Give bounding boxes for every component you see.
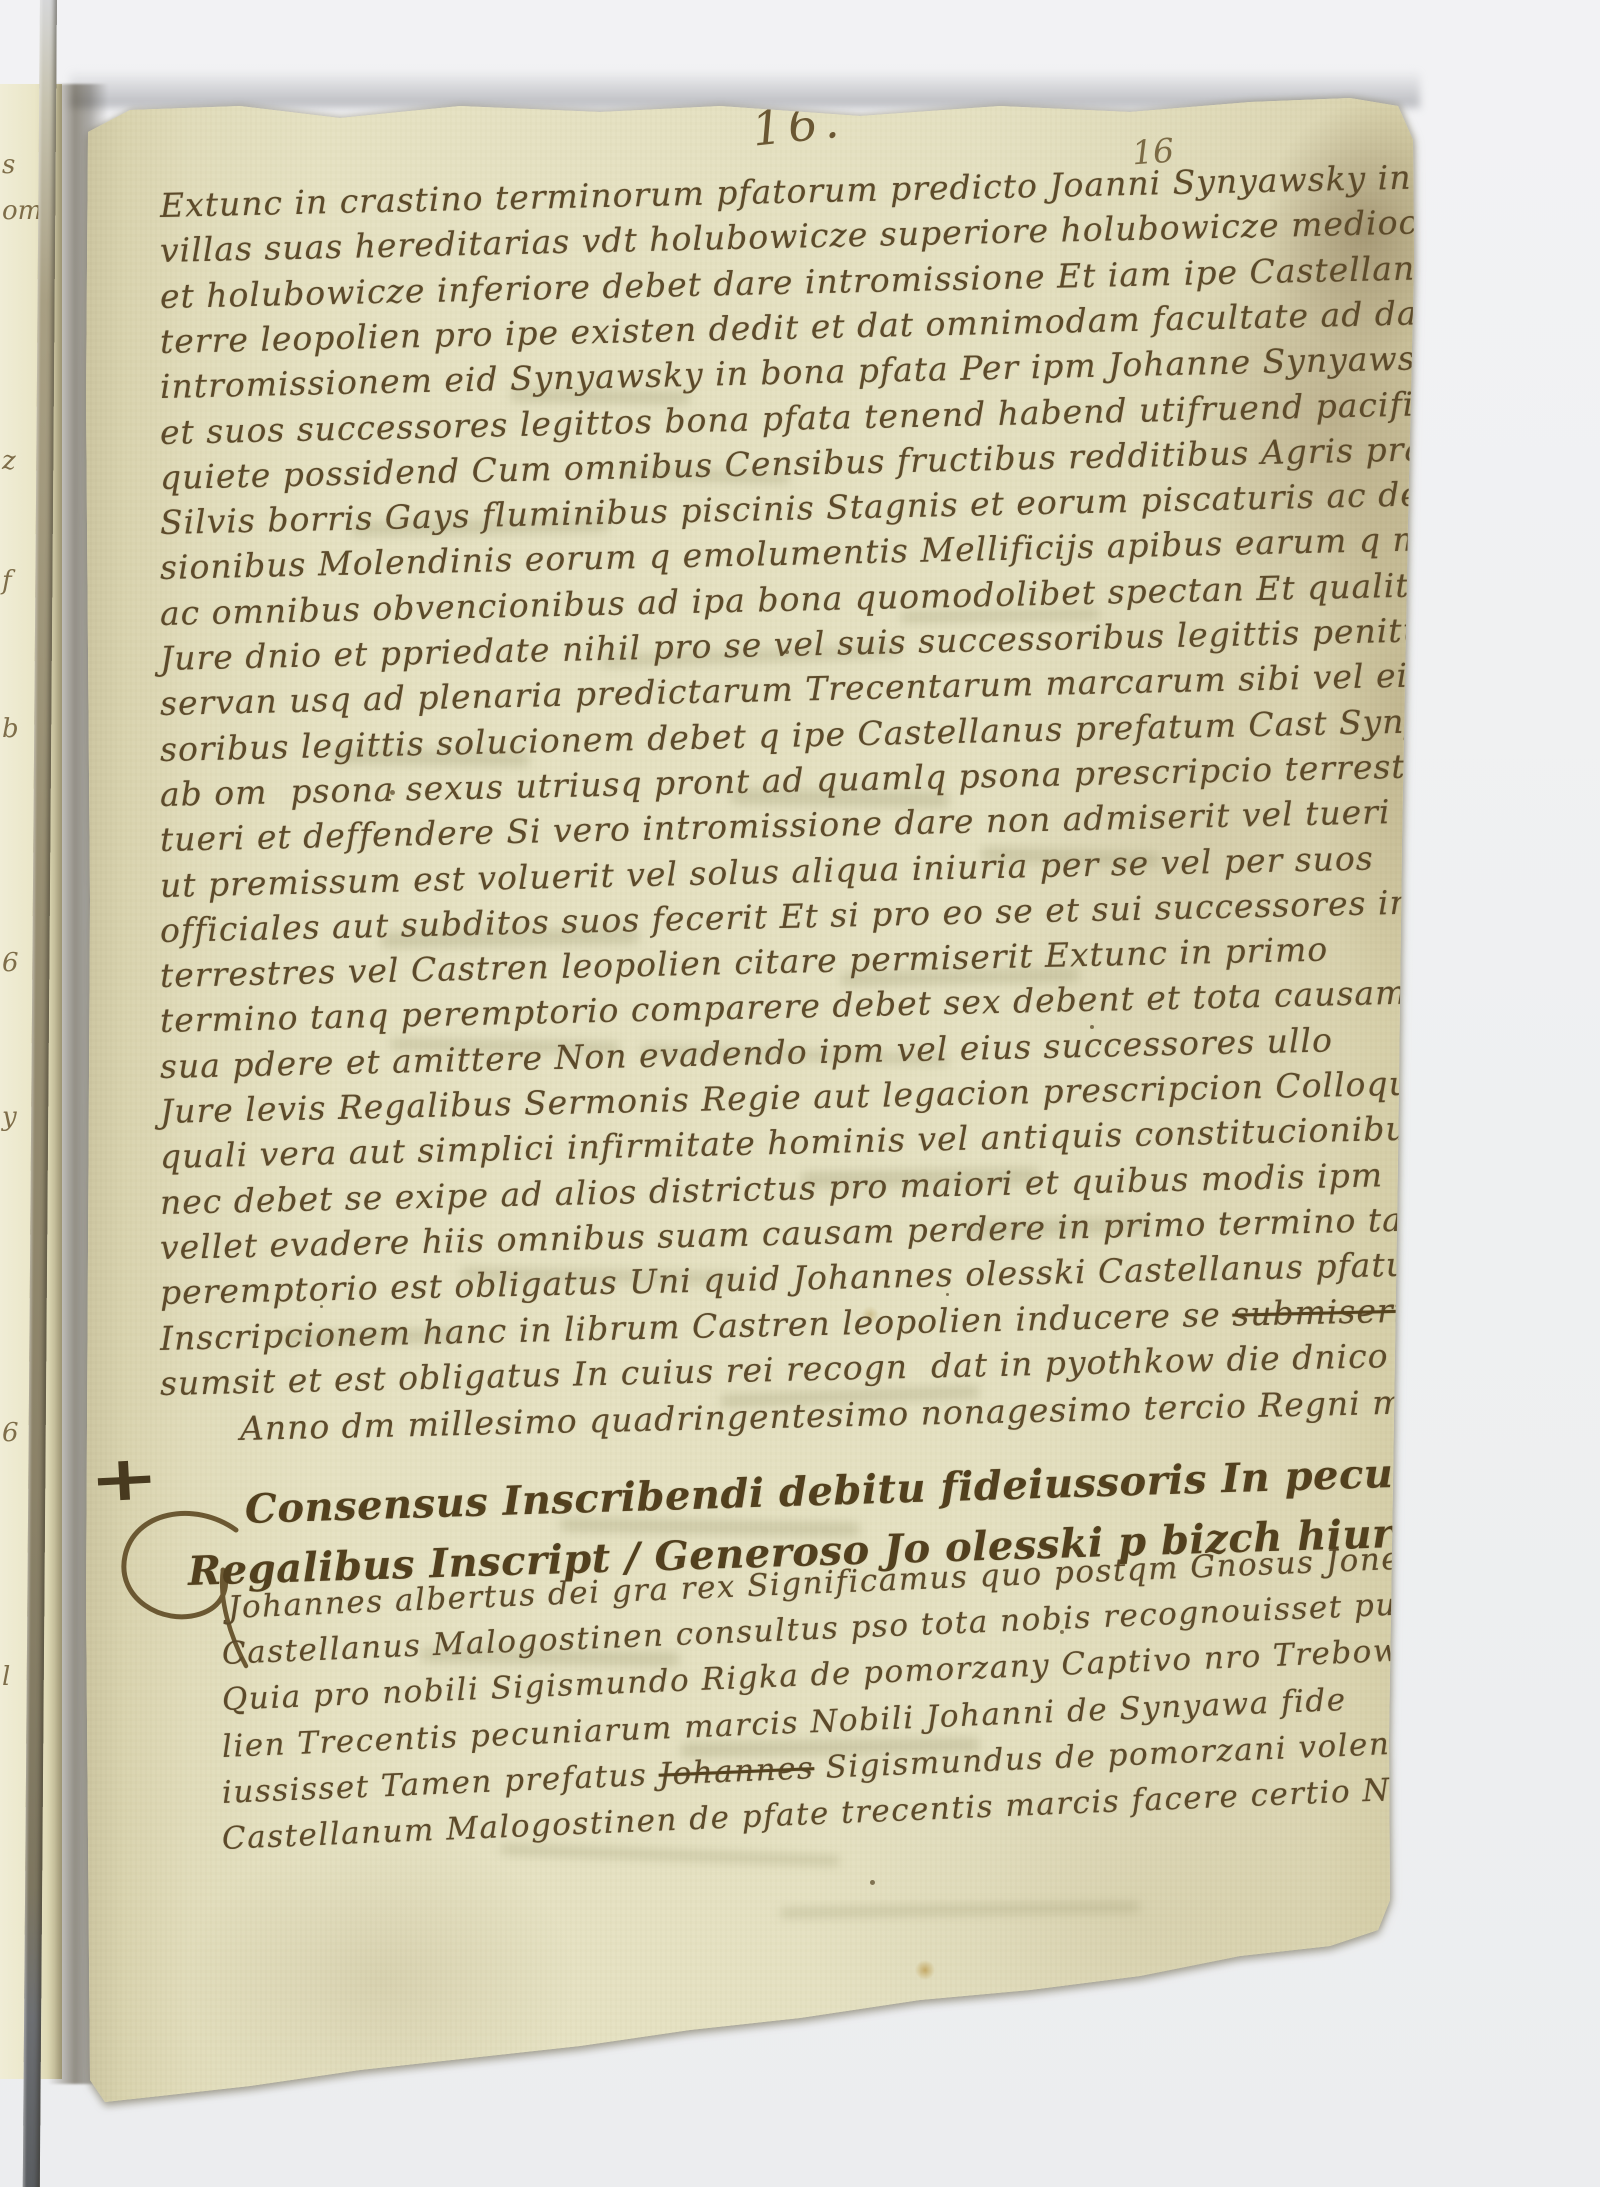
facing-page-ink-fragment: z	[2, 446, 16, 476]
scan-background: somszfb6y6l 16. 16 + Extunc in crastino …	[0, 0, 1600, 2187]
manuscript-page: 16. 16 + Extunc in crastino terminorum p…	[80, 90, 1425, 2120]
facing-page-ink-fragment: f	[2, 566, 12, 596]
facing-page-ink-fragment: l	[2, 1662, 10, 1692]
bleedthrough-smudge	[500, 1844, 840, 1866]
heading-line: Consensus Inscribendi debitu fideiussori…	[244, 1441, 1600, 1533]
leaf-behind-shadow	[70, 70, 1420, 108]
bleedthrough-smudge	[780, 1902, 1140, 1918]
margin-cross-mark: +	[87, 1440, 161, 1517]
facing-page-ink-fragment: b	[2, 714, 19, 744]
facing-page-ink-fragment: 6	[2, 948, 19, 978]
facing-page-ink-fragment: 6	[2, 1418, 19, 1448]
facing-page-ink-fragment: y	[2, 1102, 17, 1132]
struck-word: Johannes	[658, 1750, 815, 1792]
facing-page-ink-fragment: s	[2, 150, 15, 180]
ink-speck	[870, 1880, 875, 1885]
struck-word: submiserit	[1232, 1290, 1420, 1333]
